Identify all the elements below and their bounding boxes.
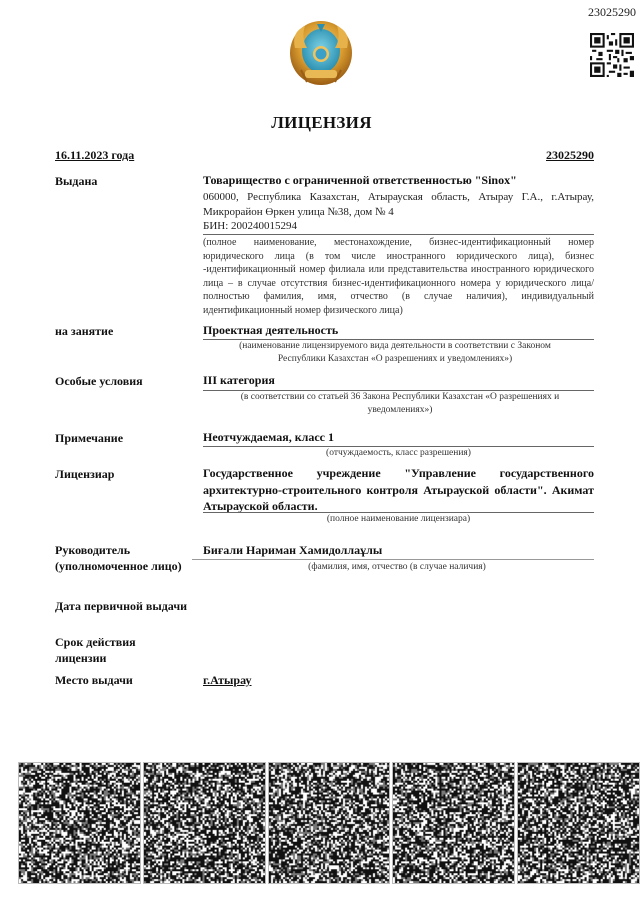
special-conditions-label: Особые условия (55, 373, 143, 389)
issue-date: 16.11.2023 года (55, 148, 134, 163)
licensor-label: Лицензиар (55, 466, 114, 482)
state-emblem-icon (287, 18, 355, 88)
barcode-icon (268, 762, 391, 884)
barcode-icon (18, 762, 141, 884)
validity-label-line1: Срок действия (55, 634, 136, 650)
special-conditions-value: III категория (203, 372, 594, 388)
licensee-name: Товарищество с ограниченной ответственно… (203, 172, 594, 188)
document-number-top: 23025290 (588, 5, 636, 20)
validity-label: Срок действия лицензии (55, 634, 136, 666)
validity-label-line2: лицензии (55, 650, 136, 666)
barcode-strip (18, 762, 640, 884)
activity-hint: (наименование лицензируемого вида деятел… (215, 340, 575, 366)
head-label-line2: (уполномоченное лицо) (55, 558, 182, 574)
registration-number: 23025290 (546, 148, 594, 163)
divider (203, 234, 594, 235)
issued-hint: (полное наименование, местонахождение, б… (203, 236, 594, 317)
note-label: Примечание (55, 430, 123, 446)
licensor-value: Государственное учреждение "Управление г… (203, 465, 594, 515)
licensee-bin: БИН: 200240015294 (203, 219, 594, 234)
activity-label: на занятие (55, 323, 113, 339)
place-value: г.Атырау (203, 672, 594, 688)
note-hint: (отчуждаемость, класс разрешения) (203, 447, 594, 460)
licensor-hint: (полное наименование лицензиара) (203, 513, 594, 526)
barcode-icon (143, 762, 266, 884)
barcode-icon (517, 762, 640, 884)
head-hint: (фамилия, имя, отчество (в случае наличи… (200, 561, 594, 574)
special-conditions-hint: (в соответствии со статьей 36 Закона Рес… (215, 391, 585, 417)
first-issue-date-label: Дата первичной выдачи (55, 598, 187, 614)
document-title: ЛИЦЕНЗИЯ (0, 113, 643, 133)
activity-value: Проектная деятельность (203, 322, 594, 338)
head-label: Руководитель (уполномоченное лицо) (55, 542, 182, 574)
issued-label: Выдана (55, 173, 97, 189)
barcode-icon (392, 762, 515, 884)
qr-code-icon (590, 33, 634, 77)
place-label: Место выдачи (55, 672, 133, 688)
head-value: Биғали Нариман Хамидоллаұлы (203, 542, 594, 558)
head-label-line1: Руководитель (55, 542, 182, 558)
note-value: Неотчуждаемая, класс 1 (203, 429, 594, 445)
divider (192, 559, 594, 560)
licensee-address: 060000, Республика Казахстан, Атырауская… (203, 190, 594, 219)
